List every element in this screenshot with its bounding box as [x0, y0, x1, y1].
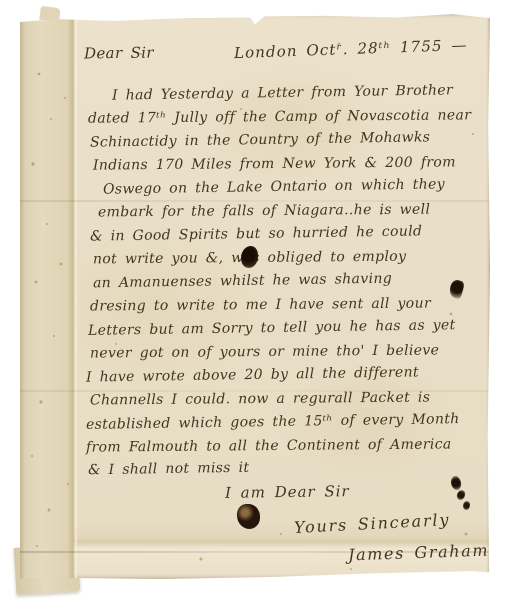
- letter-line: dated 17ᵗʰ Jully off the Camp of Novasco…: [88, 107, 471, 126]
- letter-line: & in Good Spirits but so hurried he coul…: [90, 223, 423, 244]
- paper-speckles: [20, 13, 22, 15]
- letter-line: Indians 170 Miles from New York & 200 fr…: [93, 154, 456, 173]
- letter-line: I have wrote above 20 by all the differe…: [86, 364, 419, 385]
- letter-line: established which goes the 15ᵗʰ of every…: [86, 411, 460, 433]
- ink-blot: [237, 504, 260, 529]
- signoff: Yours Sincearly: [294, 510, 451, 537]
- paper-fold-strip: [20, 13, 75, 579]
- letter-line: Schinactidy in the Country of the Mohawk…: [90, 129, 431, 150]
- signature: James Graham: [348, 541, 490, 565]
- photo-background: Dear Sir London Octʳ. 28ᵗʰ 1755 — I had …: [0, 0, 505, 600]
- letter-line: Oswego on the Lake Ontario on which they: [103, 176, 445, 197]
- fold-crease-highlight: [75, 13, 78, 579]
- letter-line: Letters but am Sorry to tell you he has …: [88, 317, 456, 339]
- dateline: London Octʳ. 28ᵗʰ 1755 —: [234, 36, 468, 62]
- letter-line: Channells I could. now a regurall Packet…: [90, 389, 430, 408]
- letter-line: from Falmouth to all the Continent of Am…: [86, 436, 452, 455]
- ink-blot: [456, 489, 466, 500]
- letter-line: embark for the falls of Niagara..he is w…: [98, 201, 430, 220]
- closing: I am Dear Sir: [225, 482, 350, 502]
- letter-line: an Amanuenses whilst he was shaving: [93, 271, 392, 292]
- letter-line: never got on of yours or mine tho' I bel…: [90, 342, 439, 361]
- salutation: Dear Sir: [84, 44, 154, 63]
- ink-blot: [449, 475, 463, 492]
- letter-line: I had Yesterday a Letter from Your Broth…: [112, 82, 453, 103]
- ink-smear: [448, 279, 465, 300]
- ink-blot: [463, 501, 470, 510]
- letter-sheet: Dear Sir London Octʳ. 28ᵗʰ 1755 — I had …: [20, 13, 490, 579]
- letter-line: & I shall not miss it: [88, 460, 250, 479]
- letter-line: dresing to write to me I have sent all y…: [90, 295, 431, 314]
